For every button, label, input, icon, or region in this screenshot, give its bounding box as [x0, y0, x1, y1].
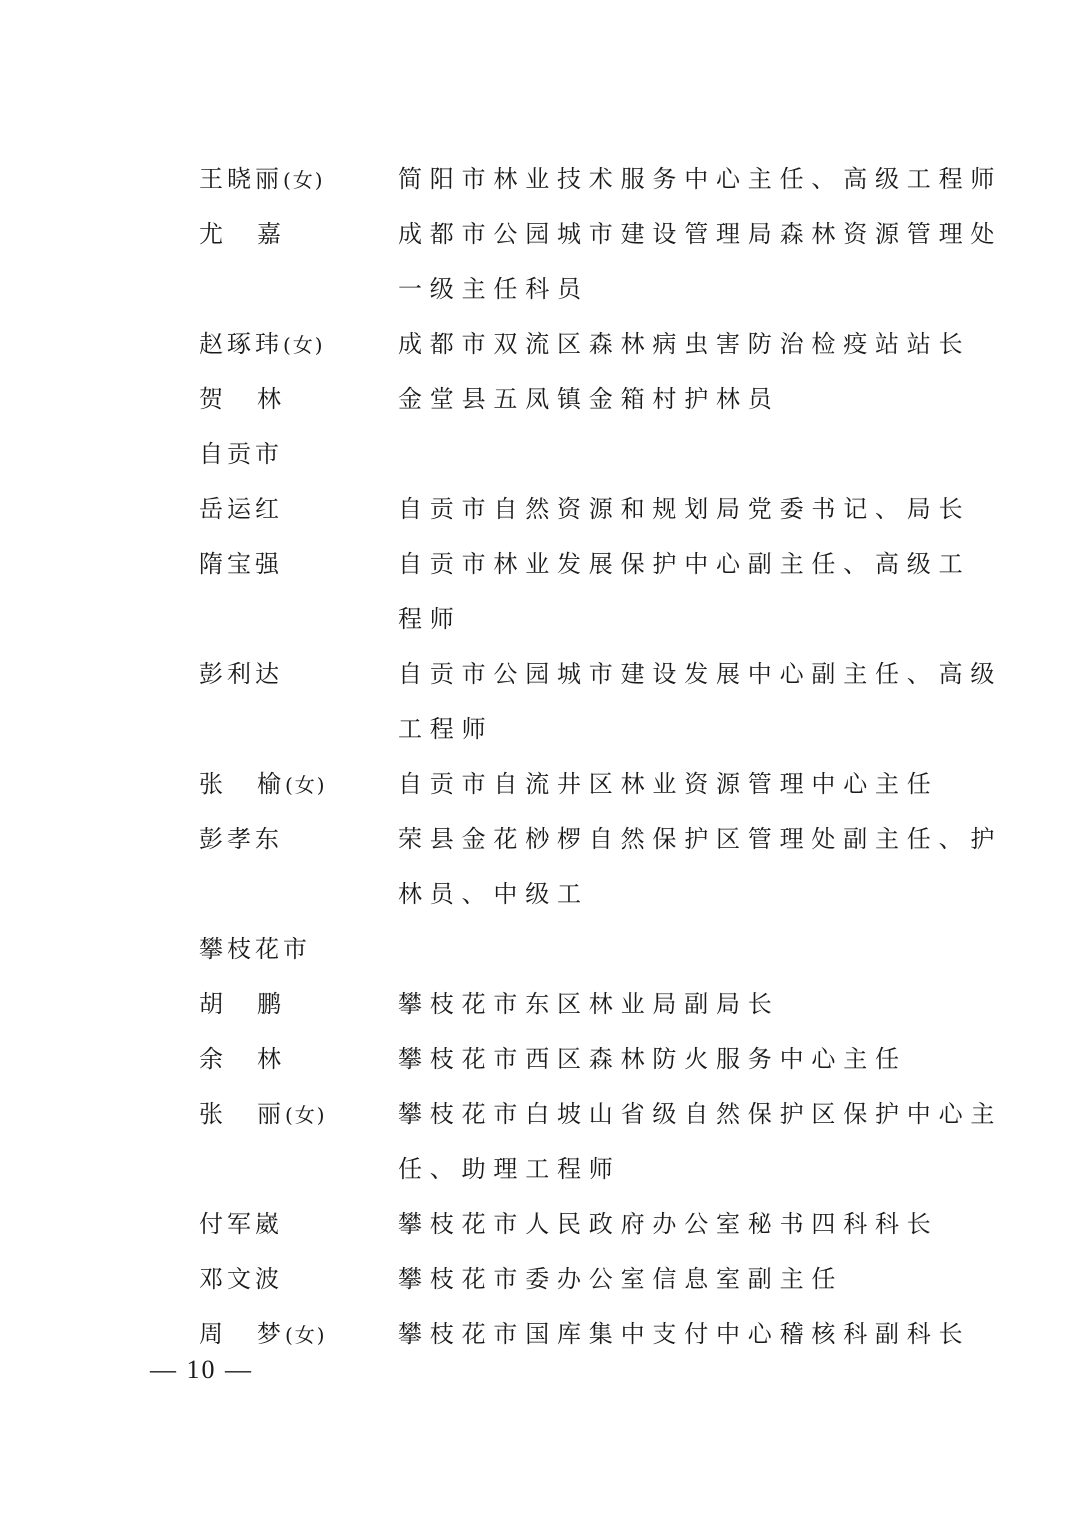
person-name: 付军崴 [199, 1197, 398, 1252]
list-item: 周梦(女)攀枝花市国库集中支付中心稽核科副科长 [199, 1307, 959, 1362]
list-item-continuation: 任、助理工程师 [199, 1142, 959, 1197]
person-name: 贺林 [199, 372, 398, 427]
list-item: 贺林金堂县五凤镇金箱村护林员 [199, 372, 959, 427]
person-given-name: 嘉 [257, 220, 285, 248]
person-position: 自贡市公园城市建设发展中心副主任、高级 [398, 647, 1002, 702]
person-surname: 彭利达 [199, 660, 283, 688]
person-position: 一级主任科员 [398, 262, 959, 317]
person-surname: 赵琢玮 [199, 330, 283, 358]
list-item: 邓文波攀枝花市委办公室信息室副主任 [199, 1252, 959, 1307]
person-name: 胡鹏 [199, 977, 398, 1032]
person-name [199, 867, 398, 922]
person-position: 工程师 [398, 702, 959, 757]
list-item: 付军崴攀枝花市人民政府办公室秘书四科科长 [199, 1197, 959, 1252]
region-heading: 自贡市 [199, 427, 959, 482]
person-surname: 岳运红 [199, 495, 283, 523]
person-surname: 贺 [199, 385, 227, 413]
list-item-continuation: 一级主任科员 [199, 262, 959, 317]
person-position: 成都市公园城市建设管理局森林资源管理处 [398, 207, 1002, 262]
person-name: 张丽(女) [199, 1087, 398, 1142]
person-surname: 王晓丽 [199, 165, 283, 193]
female-marker: (女) [285, 773, 327, 797]
person-position: 任、助理工程师 [398, 1142, 959, 1197]
person-name: 彭孝东 [199, 812, 398, 867]
person-name: 邓文波 [199, 1252, 398, 1307]
region-heading-label: 攀枝花市 [199, 922, 311, 977]
list-item: 岳运红自贡市自然资源和规划局党委书记、局长 [199, 482, 959, 537]
person-surname: 余 [199, 1045, 227, 1073]
list-item-continuation: 林员、中级工 [199, 867, 959, 922]
list-item-continuation: 工程师 [199, 702, 959, 757]
list-item: 张榆(女)自贡市自流井区林业资源管理中心主任 [199, 757, 959, 812]
list-item: 张丽(女)攀枝花市白坡山省级自然保护区保护中心主 [199, 1087, 959, 1142]
female-marker: (女) [285, 1323, 327, 1347]
person-position: 攀枝花市白坡山省级自然保护区保护中心主 [398, 1087, 1002, 1142]
person-position: 林员、中级工 [398, 867, 959, 922]
person-name: 彭利达 [199, 647, 398, 702]
person-given-name: 丽 [257, 1100, 285, 1128]
person-position: 攀枝花市人民政府办公室秘书四科科长 [398, 1197, 959, 1252]
person-given-name: 鹏 [257, 990, 285, 1018]
list-item: 余林攀枝花市西区森林防火服务中心主任 [199, 1032, 959, 1087]
person-surname: 张 [199, 770, 227, 798]
region-heading: 攀枝花市 [199, 922, 959, 977]
person-position: 荣县金花桫椤自然保护区管理处副主任、护 [398, 812, 1002, 867]
person-position: 成都市双流区森林病虫害防治检疫站站长 [398, 317, 970, 372]
person-position: 简阳市林业技术服务中心主任、高级工程师 [398, 152, 1002, 207]
female-marker: (女) [283, 168, 325, 192]
person-position: 攀枝花市国库集中支付中心稽核科副科长 [398, 1307, 970, 1362]
person-surname: 付军崴 [199, 1210, 283, 1238]
person-name: 赵琢玮(女) [199, 317, 398, 372]
person-name [199, 1142, 398, 1197]
person-position: 攀枝花市东区林业局副局长 [398, 977, 959, 1032]
list-item: 赵琢玮(女)成都市双流区森林病虫害防治检疫站站长 [199, 317, 959, 372]
female-marker: (女) [283, 333, 325, 357]
person-name [199, 262, 398, 317]
list-item: 彭孝东荣县金花桫椤自然保护区管理处副主任、护 [199, 812, 959, 867]
person-position: 自贡市林业发展保护中心副主任、高级工 [398, 537, 970, 592]
list-item: 尤嘉成都市公园城市建设管理局森林资源管理处 [199, 207, 959, 262]
person-surname: 尤 [199, 220, 227, 248]
person-name: 尤嘉 [199, 207, 398, 262]
person-given-name: 梦 [257, 1320, 285, 1348]
list-item: 彭利达自贡市公园城市建设发展中心副主任、高级 [199, 647, 959, 702]
person-name: 岳运红 [199, 482, 398, 537]
region-heading-label: 自贡市 [199, 427, 283, 482]
person-given-name: 榆 [257, 770, 285, 798]
person-position: 自贡市自然资源和规划局党委书记、局长 [398, 482, 970, 537]
person-name [199, 702, 398, 757]
list-item: 胡鹏攀枝花市东区林业局副局长 [199, 977, 959, 1032]
person-position: 程师 [398, 592, 959, 647]
page-number: — 10 — [150, 1352, 253, 1388]
person-name: 张榆(女) [199, 757, 398, 812]
person-given-name: 林 [257, 385, 285, 413]
list-item: 隋宝强自贡市林业发展保护中心副主任、高级工 [199, 537, 959, 592]
person-position: 金堂县五凤镇金箱村护林员 [398, 372, 959, 427]
female-marker: (女) [285, 1103, 327, 1127]
person-name: 隋宝强 [199, 537, 398, 592]
award-name-list: 王晓丽(女)简阳市林业技术服务中心主任、高级工程师尤嘉成都市公园城市建设管理局森… [199, 152, 959, 1362]
person-surname: 隋宝强 [199, 550, 283, 578]
person-name [199, 592, 398, 647]
document-page: 王晓丽(女)简阳市林业技术服务中心主任、高级工程师尤嘉成都市公园城市建设管理局森… [0, 0, 1080, 1518]
person-position: 自贡市自流井区林业资源管理中心主任 [398, 757, 959, 812]
person-surname: 彭孝东 [199, 825, 283, 853]
person-surname: 张 [199, 1100, 227, 1128]
person-name: 王晓丽(女) [199, 152, 398, 207]
person-surname: 邓文波 [199, 1265, 283, 1293]
person-surname: 胡 [199, 990, 227, 1018]
list-item: 王晓丽(女)简阳市林业技术服务中心主任、高级工程师 [199, 152, 959, 207]
person-position: 攀枝花市西区森林防火服务中心主任 [398, 1032, 959, 1087]
list-item-continuation: 程师 [199, 592, 959, 647]
person-surname: 周 [199, 1320, 227, 1348]
person-name: 余林 [199, 1032, 398, 1087]
person-given-name: 林 [257, 1045, 285, 1073]
person-position: 攀枝花市委办公室信息室副主任 [398, 1252, 959, 1307]
